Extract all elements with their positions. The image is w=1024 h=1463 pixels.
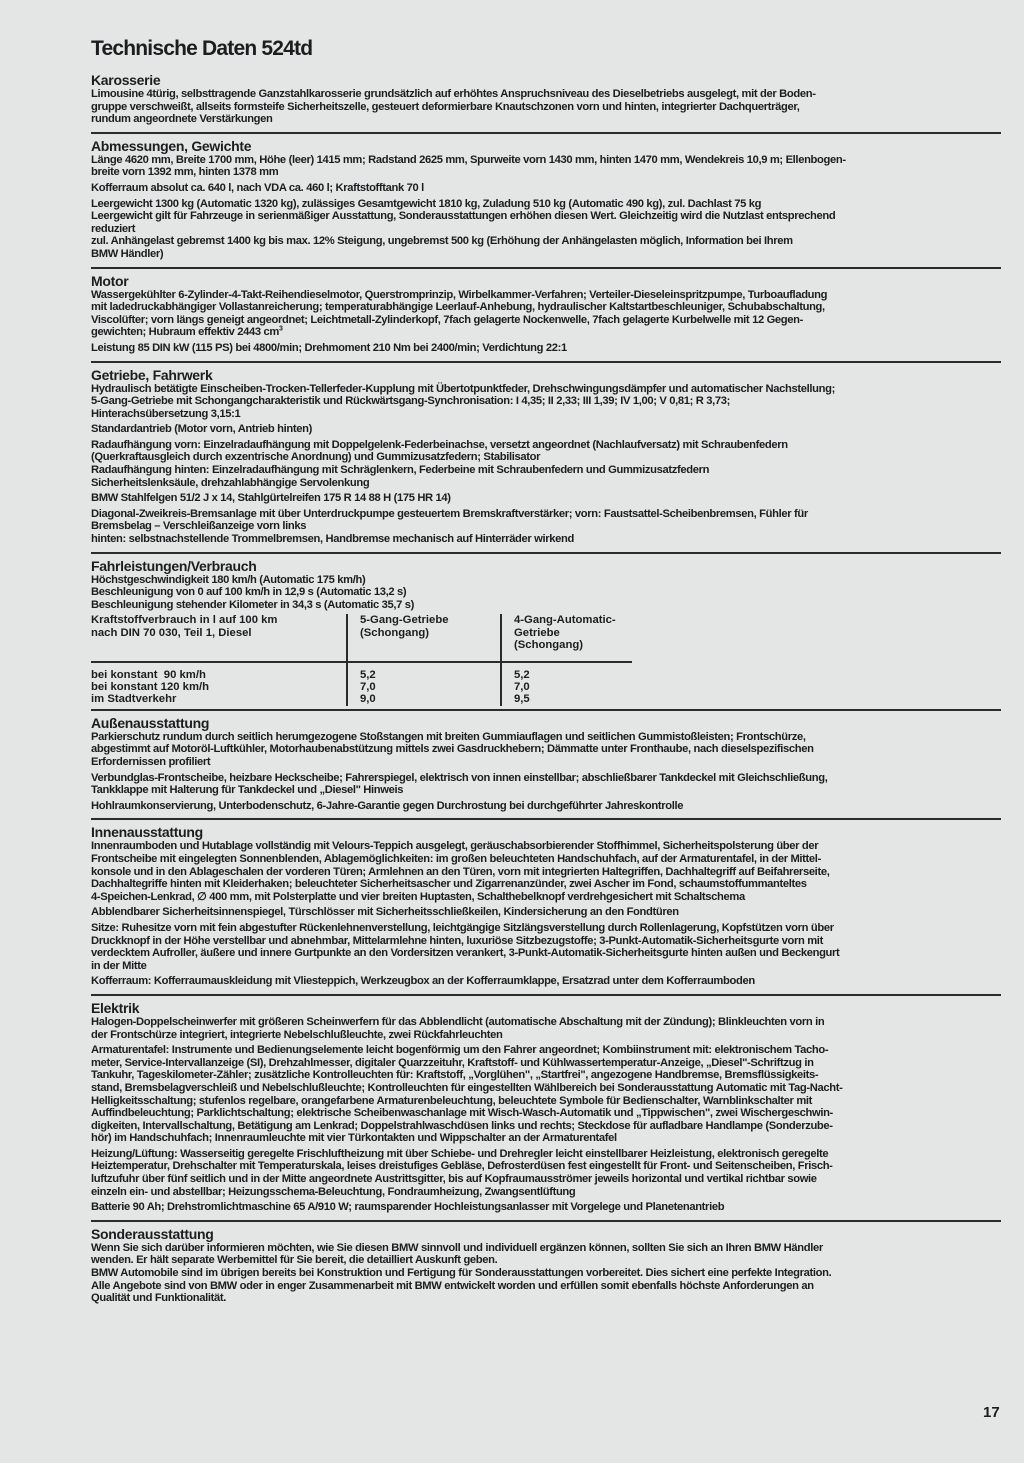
spec-paragraph: Batterie 90 Ah; Drehstromlichtmaschine 6… bbox=[91, 1201, 1001, 1214]
spec-paragraph: Halogen-Doppelscheinwerfer mit größeren … bbox=[91, 1016, 1001, 1041]
table-row: im Stadtverkehr9,09,5 bbox=[91, 693, 632, 705]
section-heading: Getriebe, Fahrwerk bbox=[91, 368, 1001, 383]
text-line: BMW Stahlfelgen 51/2 J x 14, Stahlgürtel… bbox=[91, 492, 1001, 505]
spec-paragraph: Innenraumboden und Hutablage vollständig… bbox=[91, 840, 1001, 903]
text-line: Wenn Sie sich darüber informieren möchte… bbox=[91, 1242, 1001, 1255]
text-line: verdecktem Aufroller, äußere und innere … bbox=[91, 947, 1001, 960]
text-line: Qualität und Funktionalität. bbox=[91, 1292, 1001, 1305]
text-line: rundum angeordnete Verstärkungen bbox=[91, 113, 1001, 126]
text-line: einzeln ein- und abstellbar; Heizungssch… bbox=[91, 1186, 1001, 1199]
spec-paragraph: Hydraulisch betätigte Einscheiben-Trocke… bbox=[91, 383, 1001, 421]
row-label: bei konstant 120 km/h bbox=[91, 681, 347, 693]
text-line: Verbundglas-Frontscheibe, heizbare Hecks… bbox=[91, 772, 1001, 785]
text-line: hinten: selbstnachstellende Trommelbrems… bbox=[91, 533, 1001, 546]
section-heading: Sonderausstattung bbox=[91, 1227, 1001, 1242]
text-line: Heiztemperatur, Drehschalter mit Tempera… bbox=[91, 1160, 1001, 1173]
spec-paragraph: Heizung/Lüftung: Wasserseitig geregelte … bbox=[91, 1148, 1001, 1198]
header-cell: Kraftstoffverbrauch in l auf 100 kmnach … bbox=[91, 614, 347, 661]
header-line: Kraftstoffverbrauch in l auf 100 km bbox=[91, 614, 346, 626]
row-label: im Stadtverkehr bbox=[91, 693, 347, 705]
text-line: BMW Automobile sind im übrigen bereits b… bbox=[91, 1267, 1001, 1280]
spec-paragraph: Verbundglas-Frontscheibe, heizbare Hecks… bbox=[91, 772, 1001, 797]
text-line: breite vorn 1392 mm, hinten 1378 mm bbox=[91, 166, 1001, 179]
text-line: Sicherheitslenksäule, drehzahlabhängige … bbox=[91, 477, 1001, 490]
text-line: Kofferraum absolut ca. 640 l, nach VDA c… bbox=[91, 182, 1001, 195]
text-line: BMW Händler) bbox=[91, 248, 1001, 261]
section-heading: Karosserie bbox=[91, 73, 1001, 88]
section-sonder: SonderausstattungWenn Sie sich darüber i… bbox=[91, 1227, 1001, 1311]
spec-paragraph: Limousine 4türig, selbsttragende Ganzsta… bbox=[91, 88, 1001, 126]
section-heading: Elektrik bbox=[91, 1001, 1001, 1016]
text-line: zul. Anhängelast gebremst 1400 kg bis ma… bbox=[91, 235, 1001, 248]
text-line: Batterie 90 Ah; Drehstromlichtmaschine 6… bbox=[91, 1201, 1001, 1214]
text-line: gewichten; Hubraum effektiv 2443 cm3 bbox=[91, 326, 1001, 339]
text-line: Innenraumboden und Hutablage vollständig… bbox=[91, 840, 1001, 853]
spec-paragraph: Leergewicht 1300 kg (Automatic 1320 kg),… bbox=[91, 198, 1001, 261]
text-line: mit ladedruckabhängiger Vollastanreicher… bbox=[91, 301, 1001, 314]
text-line: Hinterachsübersetzung 3,15:1 bbox=[91, 408, 1001, 421]
text-line: Leistung 85 DIN kW (115 PS) bei 4800/min… bbox=[91, 342, 1001, 355]
spec-paragraph: BMW Stahlfelgen 51/2 J x 14, Stahlgürtel… bbox=[91, 492, 1001, 505]
text-line: Standardantrieb (Motor vorn, Antrieb hin… bbox=[91, 423, 1001, 436]
text-line: Länge 4620 mm, Breite 1700 mm, Höhe (lee… bbox=[91, 154, 1001, 167]
text-line: Helligkeitsschaltung; stufenlos regelbar… bbox=[91, 1095, 1001, 1108]
header-line: (Schongang) bbox=[514, 639, 632, 651]
text-line: stand, Bremsbelagverschleiß und Nebelsch… bbox=[91, 1082, 1001, 1095]
text-line: gruppe verschweißt, allseits formsteife … bbox=[91, 101, 1001, 114]
text-line: Abblendbarer Sicherheitsinnenspiegel, Tü… bbox=[91, 906, 1001, 919]
table-row: bei konstant 90 km/h5,25,2 bbox=[91, 662, 632, 681]
spec-page: Technische Daten 524td KarosserieLimousi… bbox=[91, 36, 1001, 1316]
text-line: Bremsbelag – Verschleißanzeige vorn link… bbox=[91, 520, 1001, 533]
consumption-value: 5,2 bbox=[501, 662, 632, 681]
text-line: Frontscheibe mit eingelegten Sonnenblend… bbox=[91, 853, 1001, 866]
page-number: 17 bbox=[983, 1404, 1000, 1421]
text-line: 5-Gang-Getriebe mit Schongangcharakteris… bbox=[91, 395, 1001, 408]
spec-paragraph: Abblendbarer Sicherheitsinnenspiegel, Tü… bbox=[91, 906, 1001, 919]
header-line: 5-Gang-Getriebe bbox=[360, 614, 500, 626]
section-motor: MotorWassergekühlter 6-Zylinder-4-Takt-R… bbox=[91, 274, 1001, 363]
text-line: Druckknopf in der Höhe verstellbar und a… bbox=[91, 935, 1001, 948]
text-line: Leergewicht 1300 kg (Automatic 1320 kg),… bbox=[91, 198, 1001, 211]
superscript: 3 bbox=[279, 326, 283, 333]
section-karosserie: KarosserieLimousine 4türig, selbsttragen… bbox=[91, 73, 1001, 134]
header-line: 4-Gang-Automatic- bbox=[514, 614, 632, 626]
spec-paragraph: Sitze: Ruhesitze vorn mit fein abgestuft… bbox=[91, 922, 1001, 972]
consumption-value: 5,2 bbox=[347, 662, 501, 681]
text-line: Radaufhängung hinten: Einzelradaufhängun… bbox=[91, 464, 1001, 477]
section-aussen: AußenausstattungParkierschutz rundum dur… bbox=[91, 716, 1001, 821]
spec-paragraph: Wassergekühlter 6-Zylinder-4-Takt-Reihen… bbox=[91, 289, 1001, 339]
section-heading: Fahrleistungen/Verbrauch bbox=[91, 559, 1001, 574]
header-line: (Schongang) bbox=[360, 627, 500, 639]
header-line: Getriebe bbox=[514, 627, 632, 639]
text-line: 4-Speichen-Lenkrad, ∅ 400 mm, mit Polste… bbox=[91, 891, 1001, 904]
spec-paragraph: Kofferraum: Kofferraumauskleidung mit Vl… bbox=[91, 975, 1001, 988]
text-line: Erfordernissen profiliert bbox=[91, 756, 1001, 769]
text-line: Diagonal-Zweikreis-Bremsanlage mit über … bbox=[91, 508, 1001, 521]
performance-lines: Höchstgeschwindigkeit 180 km/h (Automati… bbox=[91, 574, 1001, 612]
text-line: Kofferraum: Kofferraumauskleidung mit Vl… bbox=[91, 975, 1001, 988]
acceleration-km: Beschleunigung stehender Kilometer in 34… bbox=[91, 599, 1001, 612]
text-line: Limousine 4türig, selbsttragende Ganzsta… bbox=[91, 88, 1001, 101]
text-line: in der Mitte bbox=[91, 960, 1001, 973]
acceleration-0-100: Beschleunigung von 0 auf 100 km/h in 12,… bbox=[91, 586, 1001, 599]
spec-paragraph: Armaturentafel: Instrumente und Bedienun… bbox=[91, 1044, 1001, 1145]
consumption-value: 9,5 bbox=[501, 693, 632, 705]
text-line: Wassergekühlter 6-Zylinder-4-Takt-Reihen… bbox=[91, 289, 1001, 302]
text-line: hör) im Handschuhfach; Innenraumleuchte … bbox=[91, 1132, 1001, 1145]
text-line: digkeiten, Intervallschaltung, Betätigun… bbox=[91, 1120, 1001, 1133]
spec-paragraph: Parkierschutz rundum durch seitlich heru… bbox=[91, 731, 1001, 769]
section-fahrleistungen: Fahrleistungen/Verbrauch Höchstgeschwind… bbox=[91, 559, 1001, 711]
table-row: bei konstant 120 km/h7,07,0 bbox=[91, 681, 632, 693]
text-line: Sitze: Ruhesitze vorn mit fein abgestuft… bbox=[91, 922, 1001, 935]
section-heading: Außenausstattung bbox=[91, 716, 1001, 731]
spec-paragraph: Diagonal-Zweikreis-Bremsanlage mit über … bbox=[91, 508, 1001, 546]
text-line: Tankklappe mit Halterung für Tankdeckel … bbox=[91, 784, 1001, 797]
spec-paragraph: Radaufhängung vorn: Einzelradaufhängung … bbox=[91, 439, 1001, 489]
consumption-value: 7,0 bbox=[347, 681, 501, 693]
text-line: der Frontschürze integriert, integrierte… bbox=[91, 1029, 1001, 1042]
text-line: Radaufhängung vorn: Einzelradaufhängung … bbox=[91, 439, 1001, 452]
text-line: Dachhaltegriffe hinten mit Kleiderhaken;… bbox=[91, 878, 1001, 891]
text-line: Heizung/Lüftung: Wasserseitig geregelte … bbox=[91, 1148, 1001, 1161]
table-body: bei konstant 90 km/h5,25,2bei konstant 1… bbox=[91, 662, 632, 706]
header-cell: 5-Gang-Getriebe(Schongang) bbox=[347, 614, 501, 661]
text-line: wenden. Er hält separate Werbemittel für… bbox=[91, 1254, 1001, 1267]
section-innen: InnenausstattungInnenraumboden und Hutab… bbox=[91, 825, 1001, 996]
header-cell: 4-Gang-Automatic-Getriebe(Schongang) bbox=[501, 614, 632, 661]
section-elektrik: ElektrikHalogen-Doppelscheinwerfer mit g… bbox=[91, 1001, 1001, 1222]
section-getriebe: Getriebe, FahrwerkHydraulisch betätigte … bbox=[91, 368, 1001, 554]
header-line: nach DIN 70 030, Teil 1, Diesel bbox=[91, 627, 346, 639]
text-line: abgestimmt auf Motoröl-Luftkühler, Motor… bbox=[91, 743, 1001, 756]
spec-paragraph: Wenn Sie sich darüber informieren möchte… bbox=[91, 1242, 1001, 1305]
section-abmessungen: Abmessungen, GewichteLänge 4620 mm, Brei… bbox=[91, 139, 1001, 269]
text-line: Auffindbeleuchtung; Parklichtschaltung; … bbox=[91, 1107, 1001, 1120]
top-speed: Höchstgeschwindigkeit 180 km/h (Automati… bbox=[91, 574, 1001, 587]
spec-paragraph: Standardantrieb (Motor vorn, Antrieb hin… bbox=[91, 423, 1001, 436]
table-header-row: Kraftstoffverbrauch in l auf 100 kmnach … bbox=[91, 614, 632, 661]
spec-paragraph: Leistung 85 DIN kW (115 PS) bei 4800/min… bbox=[91, 342, 1001, 355]
section-heading: Innenausstattung bbox=[91, 825, 1001, 840]
spec-paragraph: Hohlraumkonservierung, Unterbodenschutz,… bbox=[91, 800, 1001, 813]
text-line: meter, Service-Intervallanzeige (SI), Dr… bbox=[91, 1057, 1001, 1070]
text-line: Viscolüfter; vorn längs geneigt angeordn… bbox=[91, 314, 1001, 327]
consumption-value: 7,0 bbox=[501, 681, 632, 693]
page-title: Technische Daten 524td bbox=[91, 36, 1001, 62]
section-heading: Abmessungen, Gewichte bbox=[91, 139, 1001, 154]
text-line: reduziert bbox=[91, 223, 1001, 236]
text-line: Hohlraumkonservierung, Unterbodenschutz,… bbox=[91, 800, 1001, 813]
consumption-value: 9,0 bbox=[347, 693, 501, 705]
text-line: Hydraulisch betätigte Einscheiben-Trocke… bbox=[91, 383, 1001, 396]
text-line: konsole und in den Ablageschalen der vor… bbox=[91, 866, 1001, 879]
text-line: Leergewicht gilt für Fahrzeuge in serien… bbox=[91, 210, 1001, 223]
section-heading: Motor bbox=[91, 274, 1001, 289]
text-line: Halogen-Doppelscheinwerfer mit größeren … bbox=[91, 1016, 1001, 1029]
text-line: luftzufuhr über fünf seitlich und in der… bbox=[91, 1173, 1001, 1186]
text-line: Armaturentafel: Instrumente und Bedienun… bbox=[91, 1044, 1001, 1057]
consumption-table: Kraftstoffverbrauch in l auf 100 kmnach … bbox=[91, 614, 632, 705]
spec-paragraph: Länge 4620 mm, Breite 1700 mm, Höhe (lee… bbox=[91, 154, 1001, 179]
text-line: Alle Angebote sind von BMW oder in enger… bbox=[91, 1280, 1001, 1293]
row-label: bei konstant 90 km/h bbox=[91, 662, 347, 681]
text-line: Parkierschutz rundum durch seitlich heru… bbox=[91, 731, 1001, 744]
text-line: Tankuhr, Tageskilometer-Zähler; zusätzli… bbox=[91, 1069, 1001, 1082]
spec-paragraph: Kofferraum absolut ca. 640 l, nach VDA c… bbox=[91, 182, 1001, 195]
text-line: (Querkraftausgleich durch exzentrische A… bbox=[91, 451, 1001, 464]
